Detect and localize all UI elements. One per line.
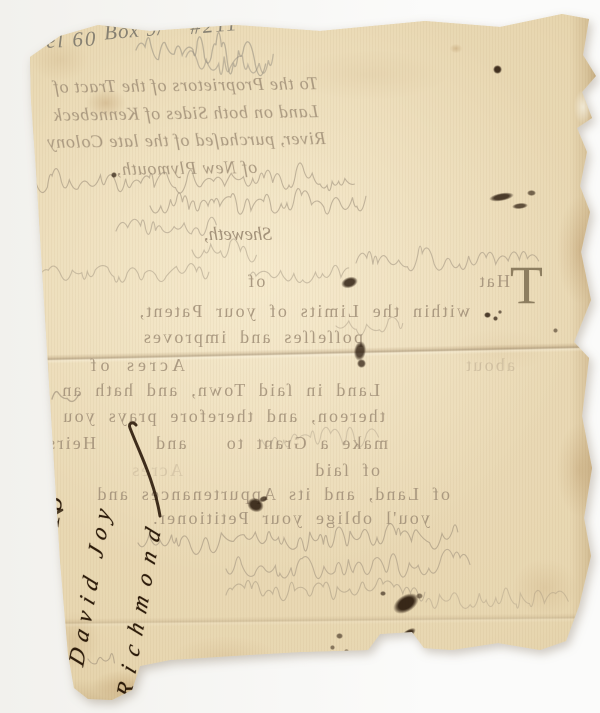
ink-blot xyxy=(344,649,349,653)
printed-line-of-said: of ſaid Acres xyxy=(38,460,543,484)
handwriting-bleedthrough xyxy=(250,266,346,286)
pencil-scribble xyxy=(186,42,272,72)
heading-line-1: To the Proprietors of the Tract of xyxy=(29,70,341,102)
ink-blot xyxy=(493,316,498,321)
handwriting-bleedthrough xyxy=(138,530,456,556)
stain xyxy=(548,175,600,325)
paper-shadow: Cel 60 Box 9/ #211 To the Proprietors of… xyxy=(0,0,600,713)
words-of-said: of ſaid xyxy=(313,460,380,481)
heading-line-2: Land on both Sides of Kennebeck xyxy=(30,97,342,129)
handwriting-bleedthrough xyxy=(192,240,254,260)
words-acres-of: Acres of xyxy=(87,355,185,376)
scan-background: Cel 60 Box 9/ #211 To the Proprietors of… xyxy=(0,0,600,713)
handwriting-bleedthrough xyxy=(226,556,468,582)
stain xyxy=(447,42,465,55)
handwriting-bleedthrough xyxy=(150,194,360,218)
handwriting-bleedthrough xyxy=(426,590,564,614)
word-about: about xyxy=(464,355,515,376)
heading-line-3: River, purchaſed of the late Colony xyxy=(30,125,342,157)
stain xyxy=(300,682,420,712)
ink-flourish xyxy=(126,420,166,520)
printed-body-mirrored: THatof within the Limits of your Patent,… xyxy=(38,263,543,531)
ink-blot xyxy=(330,645,335,650)
handwriting-bleedthrough xyxy=(40,264,208,286)
handwriting-bleedthrough xyxy=(88,652,114,666)
ink-blot xyxy=(493,65,502,74)
torn-edge-shading-top xyxy=(0,0,600,14)
ink-blot xyxy=(398,626,417,643)
ink-blot xyxy=(350,654,354,658)
handwriting-bleedthrough xyxy=(262,430,372,450)
printed-line-possesses: poſſeſſes and improves xyxy=(142,327,363,348)
ink-blot xyxy=(498,310,502,314)
ink-blot xyxy=(336,633,343,639)
handwriting-bleedthrough xyxy=(116,220,211,242)
ink-blot xyxy=(111,172,117,178)
printed-heading-mirrored: To the Proprietors of the Tract of Land … xyxy=(29,70,343,184)
ink-blot xyxy=(383,636,408,657)
ink-blot xyxy=(484,312,491,318)
word-heirs: Heirs xyxy=(46,433,96,453)
tear-highlight xyxy=(570,82,596,132)
document-paper: Cel 60 Box 9/ #211 To the Proprietors of… xyxy=(0,0,600,713)
ink-blot xyxy=(512,202,529,210)
ink-blot xyxy=(548,667,553,671)
printed-line-limits: within the Limits of your Patent, xyxy=(137,301,470,322)
torn-edge-shading-left xyxy=(0,0,16,713)
ink-blot xyxy=(527,190,536,196)
printed-line-thereon: thereon, and therefore prays you would xyxy=(0,406,385,427)
handwriting-bleedthrough xyxy=(336,316,402,336)
stain xyxy=(150,628,300,688)
handwriting-bleedthrough xyxy=(52,390,76,408)
stain xyxy=(548,405,600,535)
ink-blot xyxy=(416,593,423,599)
ink-flourish xyxy=(8,500,68,600)
ink-blot xyxy=(488,191,514,203)
pencil-collection-mark: Cel 60 xyxy=(29,26,98,54)
ink-blot xyxy=(541,661,548,667)
handwriting-bleedthrough xyxy=(356,250,531,276)
printed-line-acres: about Acres of xyxy=(38,355,543,379)
docket-place: Richmond xyxy=(112,513,168,701)
ink-blot xyxy=(357,359,366,368)
ink-blot xyxy=(380,591,386,596)
ink-blot xyxy=(553,328,558,333)
